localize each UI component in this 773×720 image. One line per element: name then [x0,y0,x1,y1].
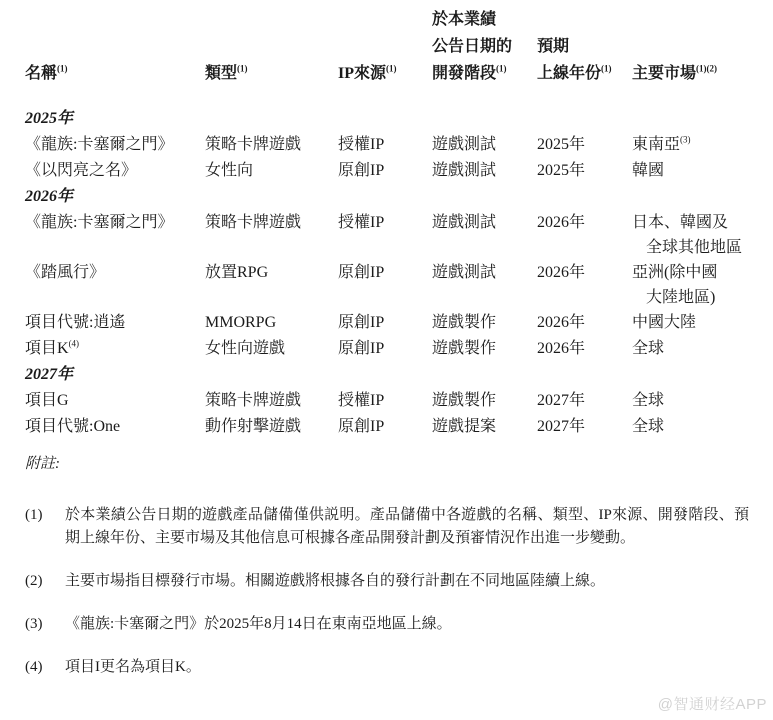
cell-dev-stage: 遊戲測試 [432,210,537,260]
footnote: (1)於本業績公告日期的遊戲產品儲備僅供説明。產品儲備中各遊戲的名稱、類型、IP… [25,504,773,550]
market-line: 全球 [632,414,773,440]
cell-game-name: 項目代號:逍遙 [25,310,205,336]
cell-dev-stage: 遊戲測試 [432,158,537,184]
cell-ip-source: 授權IP [338,210,432,260]
year-group-heading: 2026年 [25,184,773,210]
cell-genre: 女性向遊戲 [205,336,338,362]
cell-dev-stage: 遊戲測試 [432,132,537,158]
column-header-year: 預期上線年份(1) [537,33,632,87]
cell-dev-stage: 遊戲製作 [432,388,537,414]
footnote-text: 《龍族:卡塞爾之門》於2025年8月14日在東南亞地區上線。 [65,613,773,636]
footnote-marker: (1) [57,64,68,74]
cell-game-name: 《踏風行》 [25,260,205,310]
cell-launch-year: 2027年 [537,414,632,440]
cell-main-market: 東南亞(3) [632,132,773,158]
footnote-text: 主要市場指目標發行市場。相關遊戲將根據各自的發行計劃在不同地區陸續上線。 [65,570,773,593]
cell-ip-source: 原創IP [338,310,432,336]
cell-launch-year: 2027年 [537,388,632,414]
market-line: 亞洲(除中國 [632,260,773,286]
footnote-marker: (1)(2) [696,64,717,74]
watermark: @智通财经APP [658,693,767,714]
column-header-genre: 類型(1) [205,60,338,87]
cell-main-market: 全球 [632,336,773,362]
footnote: (2)主要市場指目標發行市場。相關遊戲將根據各自的發行計劃在不同地區陸續上線。 [25,570,773,593]
footnote: (3)《龍族:卡塞爾之門》於2025年8月14日在東南亞地區上線。 [25,613,773,636]
column-header-name: 名稱(1) [25,60,205,87]
cell-main-market: 日本、韓國及全球其他地區 [632,210,773,260]
cell-ip-source: 原創IP [338,336,432,362]
column-header-line: 預期 [537,33,632,60]
cell-main-market: 亞洲(除中國大陸地區) [632,260,773,310]
column-header-ip: IP來源(1) [338,60,432,87]
market-line: 全球其他地區 [632,236,773,260]
cell-genre: 放置RPG [205,260,338,310]
column-header-line: 於本業績 [432,6,537,33]
cell-genre: 女性向 [205,158,338,184]
cell-main-market: 中國大陸 [632,310,773,336]
cell-genre: 策略卡牌遊戲 [205,210,338,260]
table-row: 項目K(4)女性向遊戲原創IP遊戲製作2026年全球 [25,336,773,362]
column-header-line: 開發階段(1) [432,60,537,87]
pipeline-table: 2025年《龍族:卡塞爾之門》策略卡牌遊戲授權IP遊戲測試2025年東南亞(3)… [25,106,773,440]
table-row: 《龍族:卡塞爾之門》策略卡牌遊戲授權IP遊戲測試2026年日本、韓國及全球其他地… [25,210,773,260]
column-header-line: 類型(1) [205,60,338,87]
column-header-line: 上線年份(1) [537,60,632,87]
column-header-stage: 於本業績公告日期的開發階段(1) [432,6,537,87]
table-row: 項目代號:逍遙MMORPG原創IP遊戲製作2026年中國大陸 [25,310,773,336]
cell-genre: MMORPG [205,310,338,336]
footnote-marker: (1) [237,64,248,74]
footnote-number: (3) [25,613,65,636]
cell-game-name: 項目G [25,388,205,414]
market-line: 東南亞(3) [632,132,773,158]
column-header-line: IP來源(1) [338,60,432,87]
column-header-market: 主要市場(1)(2) [632,60,773,87]
cell-launch-year: 2026年 [537,210,632,260]
market-line: 日本、韓國及 [632,210,773,236]
cell-dev-stage: 遊戲製作 [432,310,537,336]
game-pipeline-announcement: 名稱(1)類型(1)IP來源(1)於本業績公告日期的開發階段(1)預期上線年份(… [0,0,773,720]
notes-title: 附註: [25,454,773,474]
cell-ip-source: 授權IP [338,388,432,414]
footnote-text: 項目I更名為項目K。 [65,656,773,679]
market-line: 韓國 [632,158,773,184]
cell-main-market: 全球 [632,388,773,414]
cell-genre: 動作射擊遊戲 [205,414,338,440]
footnote-marker: (1) [601,64,612,74]
cell-game-name: 項目代號:One [25,414,205,440]
table-row: 《龍族:卡塞爾之門》策略卡牌遊戲授權IP遊戲測試2025年東南亞(3) [25,132,773,158]
market-line: 全球 [632,336,773,362]
cell-dev-stage: 遊戲製作 [432,336,537,362]
footnote-text: 於本業績公告日期的遊戲產品儲備僅供説明。產品儲備中各遊戲的名稱、類型、IP來源、… [65,504,773,550]
column-header-line: 主要市場(1)(2) [632,60,773,87]
table-row: 項目代號:One動作射擊遊戲原創IP遊戲提案2027年全球 [25,414,773,440]
footnote-marker: (4) [69,339,80,349]
cell-genre: 策略卡牌遊戲 [205,132,338,158]
table-row: 項目G策略卡牌遊戲授權IP遊戲製作2027年全球 [25,388,773,414]
cell-launch-year: 2026年 [537,336,632,362]
market-line: 中國大陸 [632,310,773,336]
table-header: 名稱(1)類型(1)IP來源(1)於本業績公告日期的開發階段(1)預期上線年份(… [25,6,773,87]
column-header-line: 公告日期的 [432,33,537,60]
cell-main-market: 全球 [632,414,773,440]
cell-game-name: 《以閃亮之名》 [25,158,205,184]
cell-game-name: 《龍族:卡塞爾之門》 [25,132,205,158]
cell-ip-source: 原創IP [338,158,432,184]
cell-genre: 策略卡牌遊戲 [205,388,338,414]
cell-game-name: 項目K(4) [25,336,205,362]
market-line: 全球 [632,388,773,414]
cell-ip-source: 原創IP [338,414,432,440]
footnote: (4)項目I更名為項目K。 [25,656,773,679]
cell-dev-stage: 遊戲提案 [432,414,537,440]
cell-main-market: 韓國 [632,158,773,184]
table-row: 《踏風行》放置RPG原創IP遊戲測試2026年亞洲(除中國大陸地區) [25,260,773,310]
table-row: 《以閃亮之名》女性向原創IP遊戲測試2025年韓國 [25,158,773,184]
cell-launch-year: 2026年 [537,260,632,310]
cell-ip-source: 授權IP [338,132,432,158]
notes-section: (1)於本業績公告日期的遊戲產品儲備僅供説明。產品儲備中各遊戲的名稱、類型、IP… [25,504,773,679]
footnote-number: (4) [25,656,65,679]
footnote-number: (1) [25,504,65,550]
footnote-number: (2) [25,570,65,593]
cell-launch-year: 2025年 [537,132,632,158]
market-line: 大陸地區) [632,286,773,310]
year-group-heading: 2025年 [25,106,773,132]
footnote-marker: (1) [386,64,397,74]
cell-launch-year: 2025年 [537,158,632,184]
year-group-heading: 2027年 [25,362,773,388]
footnote-marker: (3) [680,135,691,145]
cell-ip-source: 原創IP [338,260,432,310]
footnote-marker: (1) [496,64,507,74]
cell-game-name: 《龍族:卡塞爾之門》 [25,210,205,260]
cell-launch-year: 2026年 [537,310,632,336]
cell-dev-stage: 遊戲測試 [432,260,537,310]
column-header-line: 名稱(1) [25,60,205,87]
